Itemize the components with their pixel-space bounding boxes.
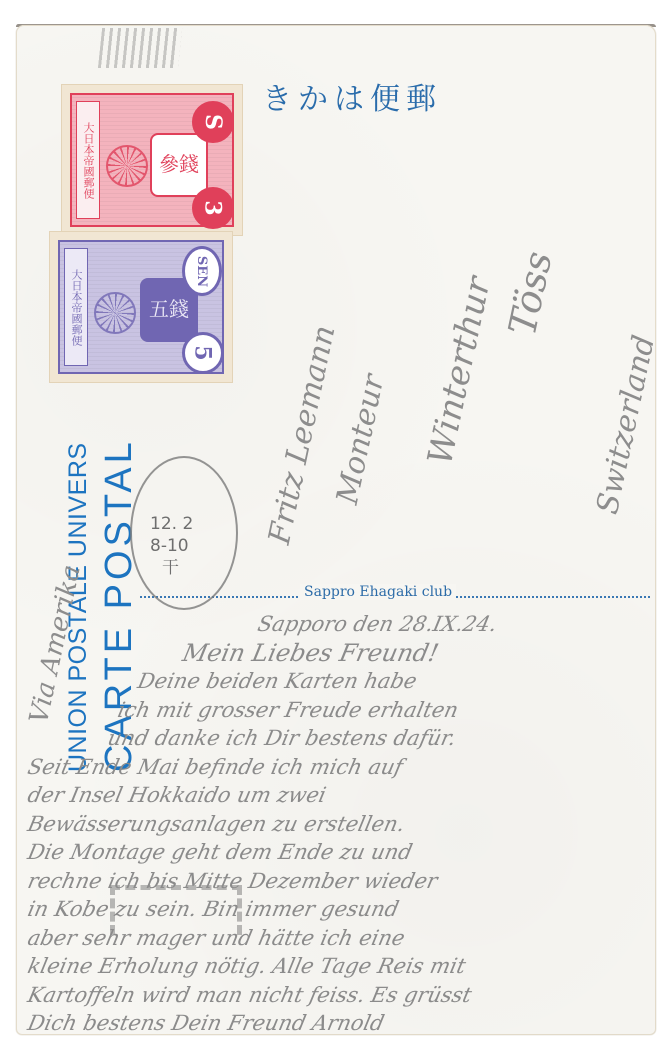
message-line: und danke ich Dir bestens dafür. (25, 724, 661, 753)
stamp-denomination: 參錢 (150, 133, 208, 197)
stamp-value-circle: 3 (192, 187, 234, 229)
japanese-header: きかは便郵 (262, 74, 442, 118)
stamp-5-sen: 大日本帝國郵便 五錢 SEN 5 (50, 232, 232, 382)
stamp-value-circle: 5 (182, 332, 224, 374)
denomination-text: 五錢 (149, 298, 189, 322)
message-line: Bewässerungsanlagen zu erstellen. (25, 810, 661, 839)
message-line: Mein Liebes Freund! (25, 639, 661, 668)
handwritten-message: Sapporo den 28.IX.24. Mein Liebes Freund… (28, 610, 658, 1038)
stamp-top-circle: S (192, 101, 234, 143)
stamp-frame: 大日本帝國郵便 五錢 SEN 5 (58, 240, 224, 374)
stamp-unit: SEN (195, 255, 210, 286)
publisher-label: Sappro Ehagaki club (300, 584, 456, 600)
postmark-line-1: 12. 2 (150, 513, 193, 535)
postmark-line-2: 8-10 (150, 535, 193, 557)
message-line: Deine beiden Karten habe (25, 667, 661, 696)
message-line: rechne ich bis Mitte Dezember wieder (25, 867, 661, 896)
message-line: kleine Erholung nötig. Alle Tage Reis mi… (25, 952, 661, 981)
message-line: aber sehr mager und hätte ich eine (25, 924, 661, 953)
message-line: der Insel Hokkaido um zwei (25, 781, 661, 810)
stamp-value: 5 (190, 345, 216, 360)
stamp-3-sen: 大日本帝國郵便 參錢 S 3 (62, 85, 242, 235)
postmark-date: 12. 2 8-10 干 (150, 513, 193, 579)
stamp-side-text: 大日本帝國郵便 (64, 248, 88, 366)
message-line: in Kobe zu sein. Bin immer gesund (25, 895, 661, 924)
top-mark: S (200, 114, 226, 130)
message-line: Kartoffeln wird man nicht feiss. Es grüs… (25, 981, 661, 1010)
stamp-side-text: 大日本帝國郵便 (76, 101, 100, 219)
stamp-frame: 大日本帝國郵便 參錢 S 3 (70, 93, 234, 227)
message-line: Sapporo den 28.IX.24. (25, 610, 661, 639)
wavy-cancel-lines (98, 28, 182, 68)
chrysanthemum-icon (94, 292, 136, 334)
message-line: Die Montage geht dem Ende zu und (25, 838, 661, 867)
chrysanthemum-icon (106, 145, 148, 187)
sen-oval: SEN (182, 246, 222, 296)
message-line: ich mit grosser Freude erhalten (25, 696, 661, 725)
stamp-value: 3 (200, 200, 226, 215)
message-line: Dich bestens Dein Freund Arnold (25, 1009, 661, 1038)
denomination-text: 參錢 (159, 153, 199, 177)
postmark-bottom: 干 (150, 557, 193, 579)
message-line: Seit Ende Mai befinde ich mich auf (25, 753, 661, 782)
